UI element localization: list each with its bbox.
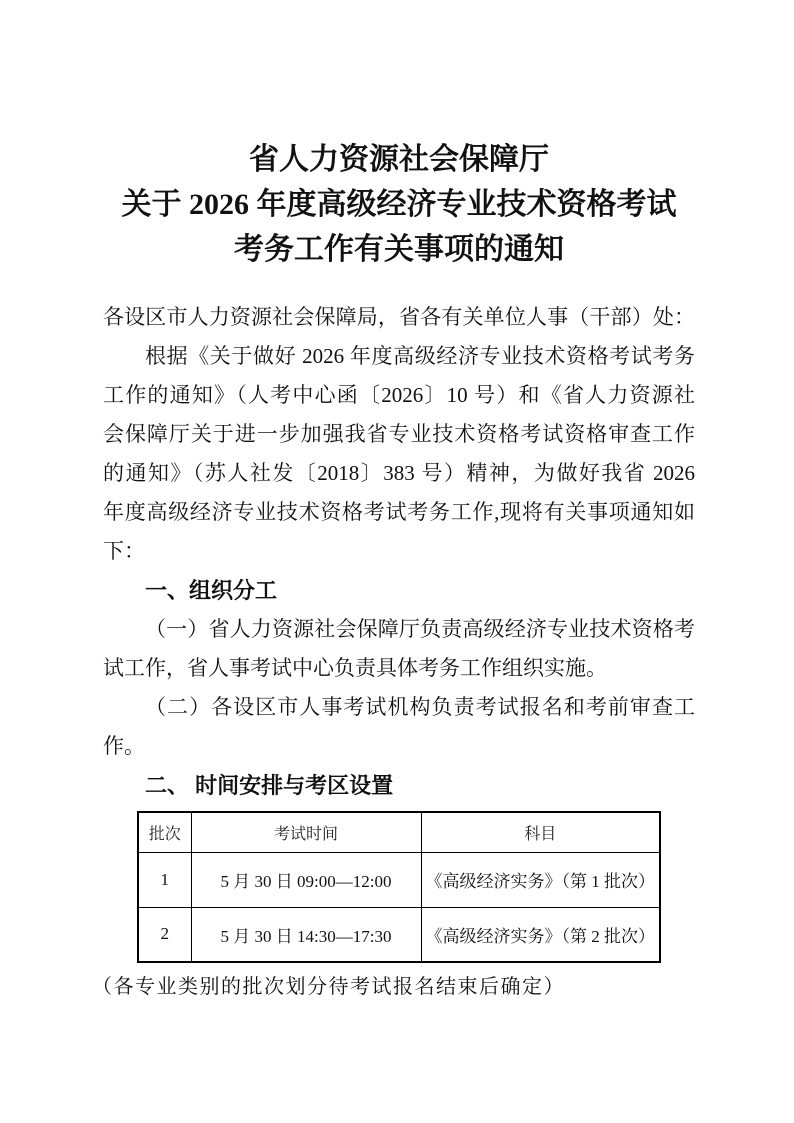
cell-subject: 《高级经济实务》（第 2 批次） <box>421 907 660 962</box>
title-line-issuer: 省人力资源社会保障厅 <box>103 137 695 182</box>
section-heading-2: 二、 时间安排与考区设置 <box>103 766 695 805</box>
paragraph-line: 年度高级经济专业技术资格考试考务工作,现将有关事项通知如 <box>103 493 695 532</box>
table-row: 2 5 月 30 日 14:30—17:30 《高级经济实务》（第 2 批次） <box>138 907 660 962</box>
header-exam-time: 考试时间 <box>191 812 421 852</box>
paragraph-line: 工作的通知》（人考中心函〔2026〕10 号）和《省人力资源社 <box>103 376 695 415</box>
paragraph-line: 的通知》（苏人社发〔2018〕383 号）精神，为做好我省 2026 <box>103 454 695 493</box>
document-title: 省人力资源社会保障厅 关于 2026 年度高级经济专业技术资格考试 考务工作有关… <box>103 137 695 272</box>
exam-schedule-table: 批次 考试时间 科目 1 5 月 30 日 09:00—12:00 《高级经济实… <box>137 811 661 963</box>
paragraph-line: 根据《关于做好 2026 年度高级经济专业技术资格考试考务 <box>103 337 695 376</box>
salutation-line: 各设区市人力资源社会保障局，省各有关单位人事（干部）处： <box>103 298 695 337</box>
table-row: 1 5 月 30 日 09:00—12:00 《高级经济实务》（第 1 批次） <box>138 852 660 907</box>
paragraph-line: 作。 <box>103 727 695 766</box>
notice-document-page: 省人力资源社会保障厅 关于 2026 年度高级经济专业技术资格考试 考务工作有关… <box>0 0 794 1123</box>
cell-exam-time: 5 月 30 日 09:00—12:00 <box>191 852 421 907</box>
document-body: 各设区市人力资源社会保障局，省各有关单位人事（干部）处： 根据《关于做好 202… <box>103 298 695 805</box>
cell-batch: 1 <box>138 852 191 907</box>
section-heading-1: 一、组织分工 <box>103 571 695 610</box>
header-batch: 批次 <box>138 812 191 852</box>
paragraph-line: 会保障厅关于进一步加强我省专业技术资格考试资格审查工作 <box>103 415 695 454</box>
header-subject: 科目 <box>421 812 660 852</box>
table-footnote: （各专业类别的批次划分待考试报名结束后确定） <box>92 972 695 1002</box>
table-header-row: 批次 考试时间 科目 <box>138 812 660 852</box>
paragraph-line: 试工作，省人事考试中心负责具体考务工作组织实施。 <box>103 649 695 688</box>
paragraph-line: （二）各设区市人事考试机构负责考试报名和考前审查工 <box>103 688 695 727</box>
cell-subject: 《高级经济实务》（第 1 批次） <box>421 852 660 907</box>
title-line-subject-2: 考务工作有关事项的通知 <box>103 227 695 272</box>
paragraph-line: （一）省人力资源社会保障厅负责高级经济专业技术资格考 <box>103 610 695 649</box>
paragraph-line: 下： <box>103 532 695 571</box>
cell-batch: 2 <box>138 907 191 962</box>
title-line-subject: 关于 2026 年度高级经济专业技术资格考试 <box>103 182 695 227</box>
cell-exam-time: 5 月 30 日 14:30—17:30 <box>191 907 421 962</box>
